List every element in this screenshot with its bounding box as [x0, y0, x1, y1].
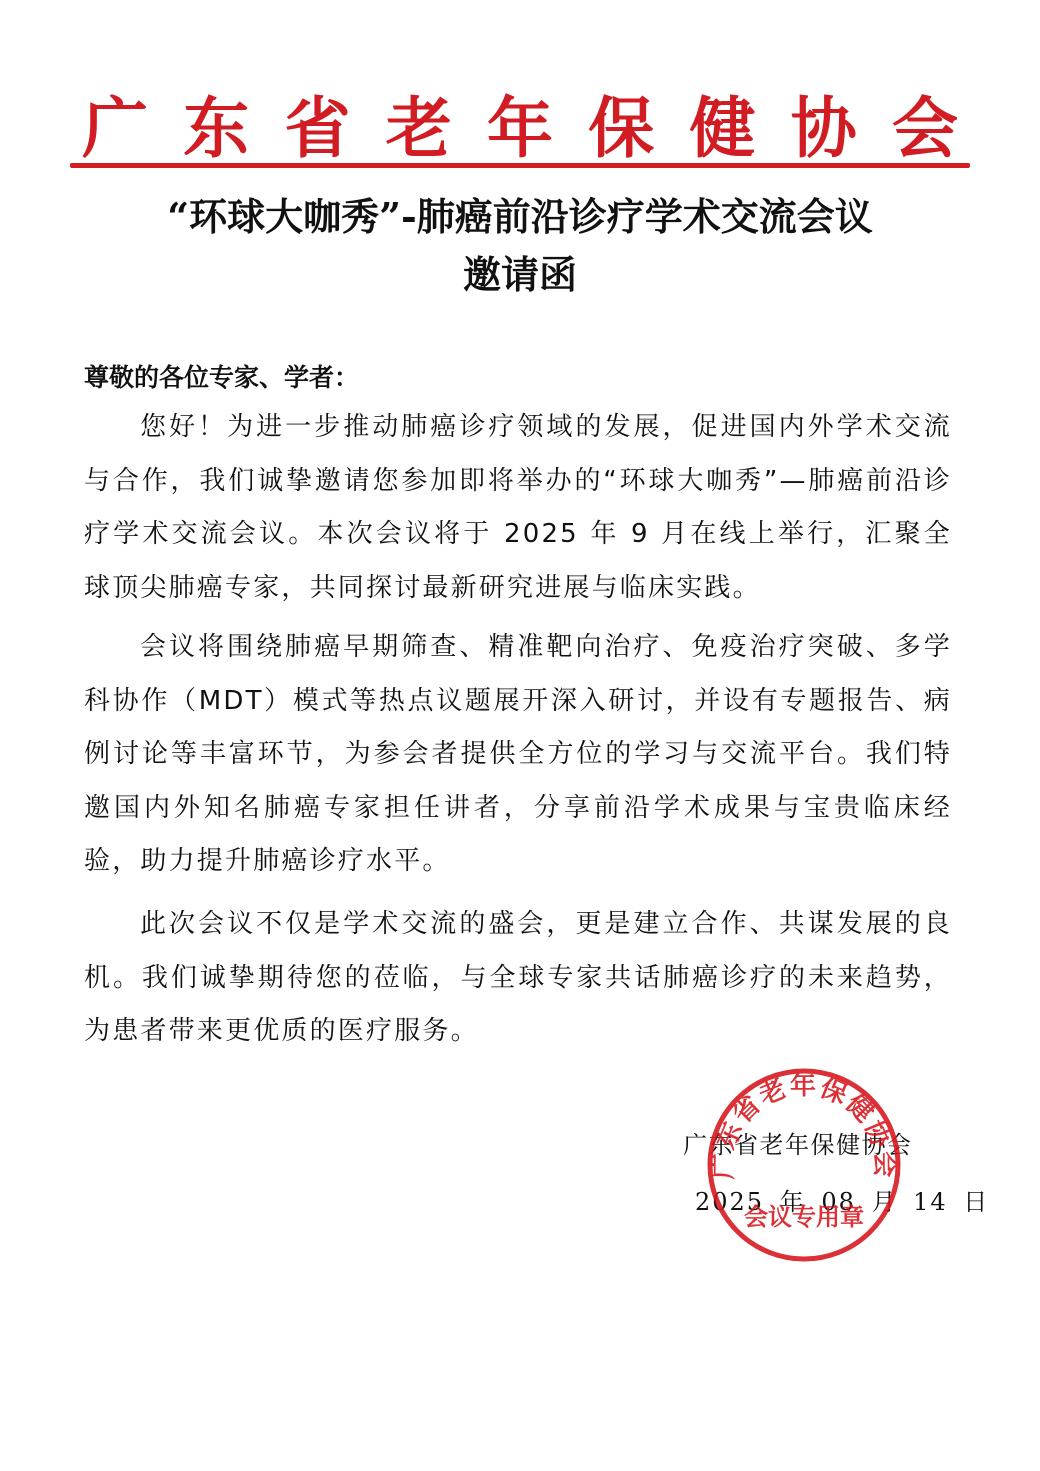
body-paragraph-3: 此次会议不仅是学术交流的盛会，更是建立合作、共谋发展的良机。我们诚挚期待您的莅临…	[84, 898, 952, 1059]
document-title: “环球大咖秀”-肺癌前沿诊疗学术交流会议	[0, 186, 1040, 241]
letterhead-char: 东	[181, 75, 251, 170]
seal-bottom-text: 会议专用章	[744, 1203, 864, 1231]
letterhead-char: 年	[485, 75, 555, 170]
letterhead-char: 协	[789, 75, 859, 170]
letterhead-char: 广	[80, 75, 150, 170]
letterhead-divider	[70, 163, 970, 168]
letterhead-title: 广 东 省 老 年 保 健 协 会	[80, 82, 960, 162]
body-paragraph-1: 您好！为进一步推动肺癌诊疗领域的发展，促进国内外学术交流与合作，我们诚挚邀请您参…	[84, 401, 952, 615]
letterhead-char: 会	[890, 75, 960, 170]
seal-ring-text: 广东省老年保健协会	[709, 1070, 899, 1179]
official-seal-icon: 广东省老年保健协会 会议专用章	[704, 1065, 904, 1265]
letterhead-char: 健	[688, 75, 758, 170]
letterhead-char: 老	[384, 75, 454, 170]
document-subtitle: 邀请函	[0, 244, 1040, 299]
salutation: 尊敬的各位专家、学者：	[84, 358, 359, 394]
svg-text:广东省老年保健协会: 广东省老年保健协会	[709, 1070, 899, 1179]
letterhead-char: 省	[283, 75, 353, 170]
body-paragraph-2: 会议将围绕肺癌早期筛查、精准靶向治疗、免疫治疗突破、多学科协作（MDT）模式等热…	[84, 621, 952, 889]
letterhead-char: 保	[586, 75, 656, 170]
